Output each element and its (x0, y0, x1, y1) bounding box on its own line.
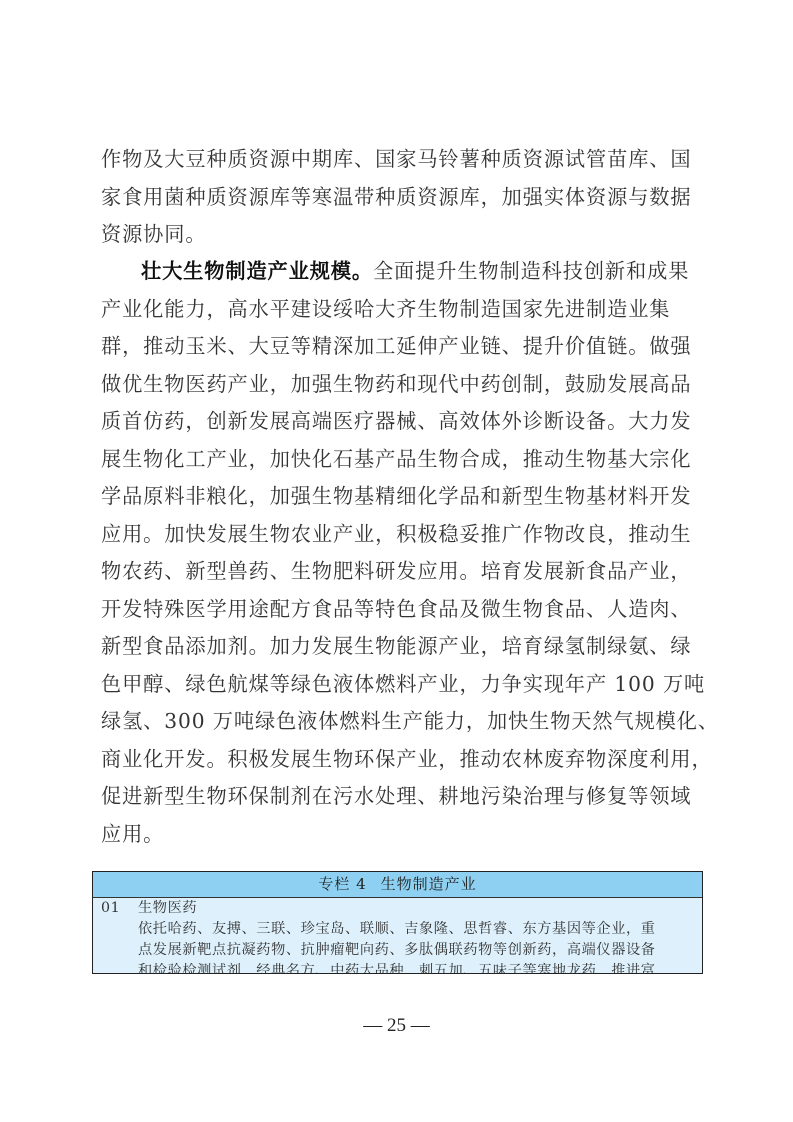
text-line: 展生物化工产业，加快化石基产品生物合成，推动生物基大宗化 (101, 446, 696, 472)
box-item-index: 01 (101, 897, 120, 919)
box-item-line: 和检验检测试剂，经典名方、中药大品种，刺五加、五味子等寒地龙药，推进富 (138, 960, 656, 973)
text-line: 开发特殊医学用途配方食品等特色食品及微生物食品、人造肉、 (101, 596, 696, 622)
section-first-line-text: 全面提升生物制造科技创新和成果 (373, 259, 689, 283)
section-first-line: 壮大生物制造产业规模。全面提升生物制造科技创新和成果 (141, 258, 696, 284)
text-line: 质首仿药，创新发展高端医疗器械、高效体外诊断设备。大力发 (101, 408, 696, 434)
section-heading: 壮大生物制造产业规模。 (141, 259, 373, 283)
text-line: 绿氢、300 万吨绿色液体燃料生产能力，加快生物天然气规模化、 (101, 708, 696, 734)
text-line: 做优生物医药产业，加强生物药和现代中药创制，鼓励发展高品 (101, 371, 696, 397)
box-item-line: 依托哈药、友搏、三联、珍宝岛、联顺、吉象隆、思哲睿、东方基因等企业，重 (138, 918, 656, 940)
box-header-number: 专栏 4 (318, 875, 366, 893)
text-line: 新型食品添加剂。加力发展生物能源产业，培育绿氢制绿氨、绿 (101, 633, 696, 659)
box-header: 专栏 4生物制造产业 (93, 872, 702, 898)
box-header-title: 生物制造产业 (381, 875, 477, 893)
text-line: 应用。 (101, 821, 696, 847)
text-line: 色甲醇、绿色航煤等绿色液体燃料产业，力争实现年产 100 万吨 (101, 671, 696, 697)
text-line: 群，推动玉米、大豆等精深加工延伸产业链、提升价值链。做强 (101, 333, 696, 359)
text-line: 作物及大豆种质资源中期库、国家马铃薯种质资源试管苗库、国 (101, 146, 696, 172)
text-line: 商业化开发。积极发展生物环保产业，推动农林废弃物深度利用， (101, 746, 696, 772)
box-item-line: 点发展新靶点抗凝药物、抗肿瘤靶向药、多肽偶联药物等创新药，高端仪器设备 (138, 939, 656, 961)
text-line: 学品原料非粮化，加强生物基精细化学品和新型生物基材料开发 (101, 483, 696, 509)
text-line: 产业化能力，高水平建设绥哈大齐生物制造国家先进制造业集 (101, 296, 696, 322)
text-line: 促进新型生物环保制剂在污水处理、耕地污染治理与修复等领域 (101, 783, 696, 809)
box-item-title: 生物医药 (138, 897, 197, 919)
page-number: — 25 — (0, 1015, 793, 1037)
special-column-box: 专栏 4生物制造产业 01 生物医药 依托哈药、友搏、三联、珍宝岛、联顺、吉象隆… (92, 871, 703, 974)
text-line: 家食用菌种质资源库等寒温带种质资源库，加强实体资源与数据 (101, 184, 696, 210)
text-line: 资源协同。 (101, 221, 696, 247)
text-line: 应用。加快发展生物农业产业，积极稳妥推广作物改良，推动生 (101, 521, 696, 547)
document-page: 作物及大豆种质资源中期库、国家马铃薯种质资源试管苗库、国 家食用菌种质资源库等寒… (0, 0, 793, 1122)
text-line: 物农药、新型兽药、生物肥料研发应用。培育发展新食品产业， (101, 558, 696, 584)
